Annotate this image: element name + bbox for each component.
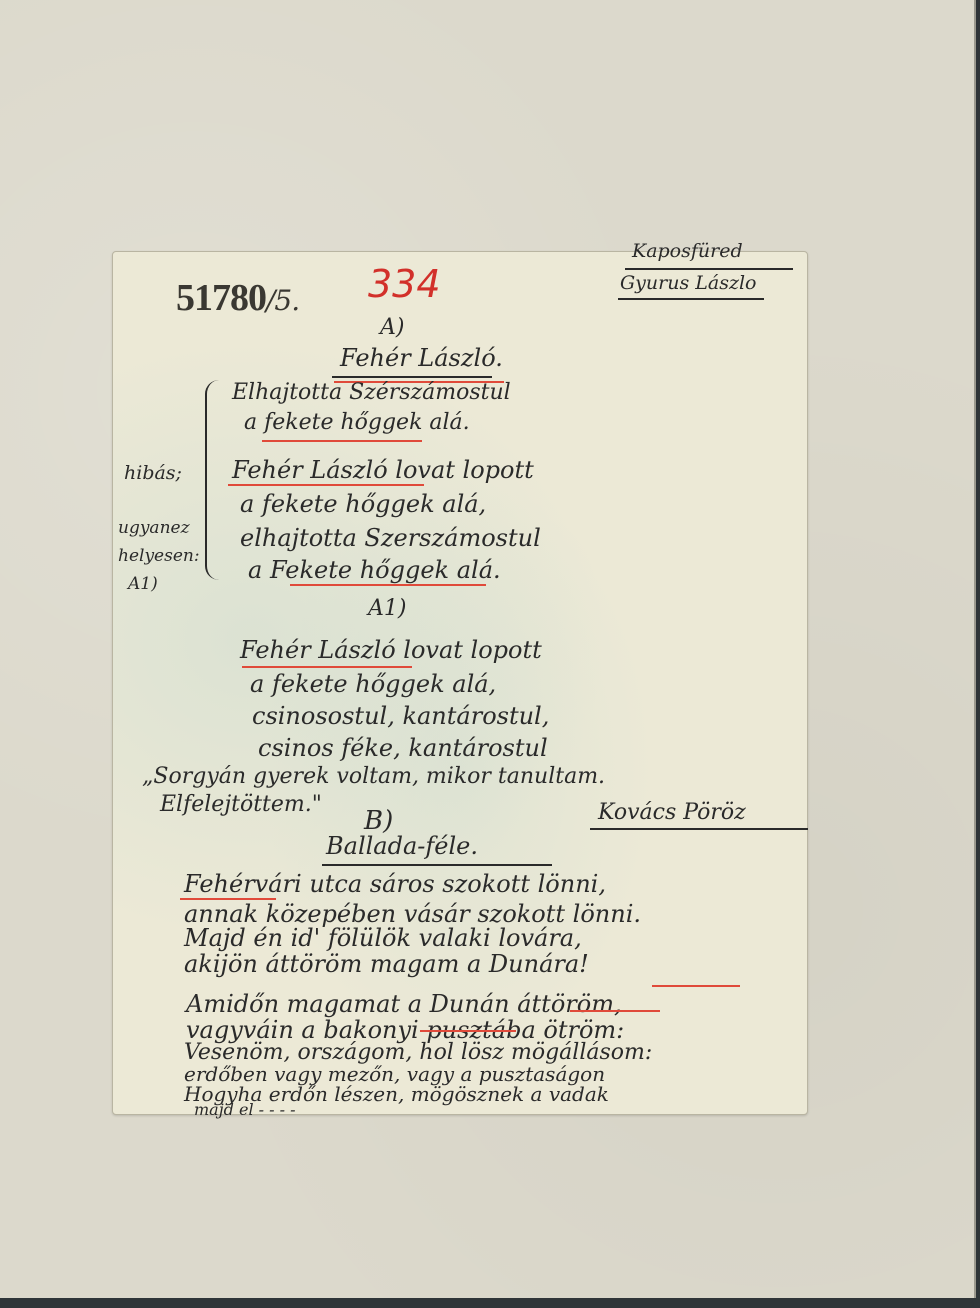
variant-2-line-4: a Fekete hőggek alá. xyxy=(248,556,501,584)
variant-2-line-2: a fekete hőggek alá, xyxy=(240,490,486,518)
b-line-4: akijön áttöröm magam a Dunára! xyxy=(184,950,589,978)
variant-2-line-3: elhajtotta Szerszámostul xyxy=(240,524,541,552)
location: Kaposfüred xyxy=(632,240,743,262)
variant-2-red-underline-2 xyxy=(290,584,486,586)
catalog-stamp: 51780/5. xyxy=(176,276,299,320)
section-a-title: Fehér László. xyxy=(340,344,503,372)
variant-1-red-underline xyxy=(262,440,422,442)
quote-line-1: „Sorgyán gyerek voltam, mikor tanultam. xyxy=(142,764,605,789)
signature: Kovács Pöröz xyxy=(598,800,746,825)
margin-note-4: A1) xyxy=(128,574,158,594)
section-b-underline xyxy=(322,864,552,866)
a1-red-underline xyxy=(242,666,412,668)
quote-line-2: Elfelejtöttem." xyxy=(160,792,322,817)
b-line-10: majd el - - - - xyxy=(194,1100,296,1119)
section-a-label: A) xyxy=(380,315,404,340)
brace xyxy=(205,380,223,580)
variant-1-line-2: a fekete hőggek alá. xyxy=(244,410,470,435)
a1-line-1: Fehér László lovat lopott xyxy=(240,636,542,664)
b-red-underline-4 xyxy=(420,1030,516,1032)
location-underline xyxy=(625,268,793,270)
page-number: 334 xyxy=(368,262,441,306)
variant-2-line-1: Fehér László lovat lopott xyxy=(232,456,534,484)
variant-2-red-underline-1 xyxy=(228,484,424,486)
a1-line-2: a fekete hőggek alá, xyxy=(250,670,496,698)
b-line-1: Fehérvári utca sáros szokott lönni, xyxy=(184,870,606,898)
a1-line-3: csinosostul, kantárostul, xyxy=(252,702,549,730)
b-red-underline-3 xyxy=(570,1010,660,1012)
title-underline xyxy=(332,376,492,378)
b-line-5: Amidőn magamat a Dunán áttöröm, xyxy=(186,990,622,1018)
b-red-underline-2 xyxy=(652,985,740,987)
a1-line-4: csinos féke, kantárostul xyxy=(258,734,548,762)
collector-underline xyxy=(618,298,764,300)
margin-note-1: hibás; xyxy=(124,462,182,484)
collector: Gyurus Lászlo xyxy=(620,272,756,294)
margin-note-2: ugyanez xyxy=(118,518,190,538)
section-b-title: Ballada-féle. xyxy=(326,832,478,860)
variant-1-line-1: Elhajtotta Szérszámostul xyxy=(232,380,511,405)
signature-underline xyxy=(590,828,808,830)
b-line-3: Majd én id' fölülök valaki lovára, xyxy=(184,924,582,952)
section-a1-label: A1) xyxy=(368,596,406,621)
catalog-suffix: /5. xyxy=(266,284,299,317)
margin-note-3: helyesen: xyxy=(118,546,200,566)
